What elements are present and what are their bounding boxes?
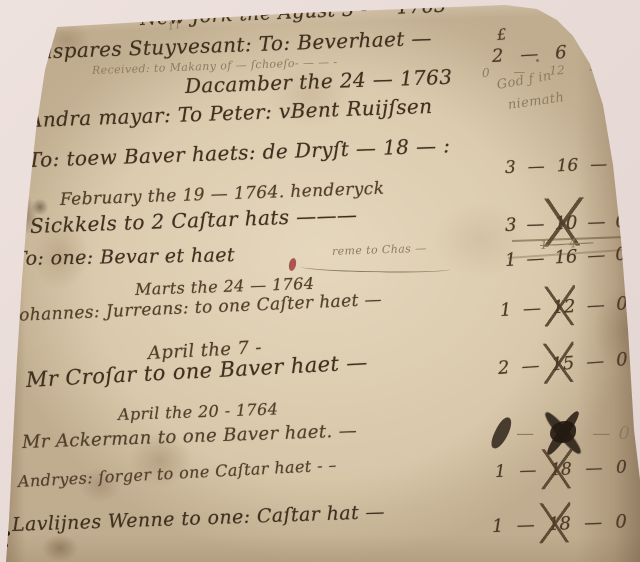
ledger-line-andra-mayar: Andra mayar: To Peter: vBent Ruijſsen <box>28 94 433 132</box>
amount-pence: 0 <box>619 423 630 444</box>
amount-shillings-crossed: 10 <box>554 212 578 234</box>
date-line-april20: April the 20 - 1764 <box>118 399 279 424</box>
amount-separator: — <box>584 512 603 534</box>
amount-separator: — <box>519 461 537 482</box>
interlined-note-bevar: reme to Chas — <box>332 242 427 258</box>
amount-shillings: 6 <box>555 42 568 64</box>
amount-pounds: 3 <box>505 215 517 236</box>
amount-separator: — <box>586 295 605 317</box>
amount-shillings-crossed: 18 <box>550 459 572 480</box>
amount-pounds: 2 <box>491 45 504 67</box>
margin-note-line2: niemath <box>507 90 565 113</box>
amount-separator: — <box>516 515 535 537</box>
amount-separator: — <box>587 211 606 233</box>
ink-blot <box>550 421 576 443</box>
ledger-line-andryes: Andryes: ſorger to one Caſtar haet - – <box>18 455 338 491</box>
underline-squiggle <box>300 262 450 274</box>
amount-shillings-crossed: 18 <box>548 513 572 535</box>
amount-separator: — <box>527 157 545 178</box>
amount-shillings-crossed: 15 <box>551 353 575 376</box>
ledger-line-bevar-haet: To: one: Bevar et haet <box>14 244 235 270</box>
amount-pence: 0 <box>615 511 627 532</box>
amount-andryes: 1 — 18 — 0 <box>495 457 628 482</box>
ledger-line-lavlijnes: Lavlijnes Wenne to one: Caſtar hat — <box>12 501 386 536</box>
ledger-line-baver-haets: To: toew Baver haets: de Dryſt — 18 — : <box>28 133 451 172</box>
currency-symbol: £ <box>496 25 507 44</box>
amount-separator: — <box>520 44 539 66</box>
amount-separator: — <box>590 154 608 175</box>
amount-pounds: 1 <box>495 462 507 482</box>
amount-separator: — <box>516 423 534 444</box>
amount-ackerman-scribbled: — — 0 <box>495 408 630 458</box>
amount-pounds: 3 <box>505 158 517 178</box>
ink-scribble-star <box>542 411 584 455</box>
amount-pounds: 0 <box>482 66 490 80</box>
amount-pounds: 1 <box>504 249 517 271</box>
amount-separator: — <box>587 245 606 267</box>
amount-baver-haets: 3 — 16 — 0 <box>505 154 631 178</box>
amount-pence: 0 <box>616 457 628 477</box>
amount-separator: — <box>522 298 541 320</box>
amount-separator: — <box>586 351 605 373</box>
photograph-background: 11 New Jork the Agust 3 - ''''1763 Caspa… <box>0 0 640 562</box>
amount-pence: 0 <box>624 61 632 75</box>
ledger-paper-sheet: 11 New Jork the Agust 3 - ''''1763 Caspa… <box>0 0 640 562</box>
amount-lavlijnes: 1 — 18 — 0 <box>492 511 628 537</box>
amount-pounds: 1 <box>492 516 504 537</box>
amount-bevar-haet: 1 — 16 — 0 <box>504 244 627 271</box>
ink-blot <box>489 415 515 451</box>
red-ink-spot <box>288 257 298 271</box>
amount-separator: — <box>585 458 603 479</box>
amount-pounds: 1 <box>499 299 512 321</box>
amount-shillings: 16 <box>554 246 578 268</box>
amount-separator: — <box>588 62 600 76</box>
amount-pence: 0 <box>619 154 631 174</box>
amount-crosar: 2 — 15 — 0 <box>497 349 628 379</box>
amount-separator: — <box>592 423 610 444</box>
amount-pence: 0 <box>615 211 627 232</box>
amount-pounds: 2 <box>497 357 510 379</box>
amount-shillings-crossed: 12 <box>552 296 576 318</box>
amount-separator: — <box>521 355 540 377</box>
amount-separator: — <box>526 248 545 270</box>
ink-specks <box>6 4 9 7</box>
amount-pence: 0 <box>618 39 631 61</box>
amount-pence: 0 <box>616 293 629 315</box>
amount-separator: — <box>526 214 545 236</box>
amount-pence: 0 <box>616 349 629 371</box>
amount-sickkels: 3 — 10 — 0 <box>505 211 628 236</box>
amount-jurreans: 1 — 12 — 0 <box>499 293 628 321</box>
amount-separator: — <box>583 40 602 62</box>
ledger-line-ackerman: Mr Ackerman to one Baver haet. — <box>22 420 358 453</box>
amount-pence: 0 <box>615 244 628 266</box>
amount-shillings: 16 <box>556 155 578 176</box>
heading-place-date: New Jork the Agust 3 - ''''1763 <box>140 0 447 30</box>
